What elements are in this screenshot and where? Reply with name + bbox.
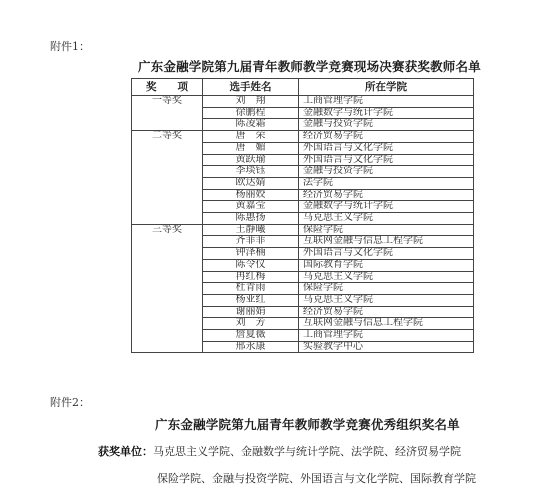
teacher-name-cell: 杜青雨 (203, 283, 299, 295)
teacher-name-cell: 陈惠扬 (203, 213, 299, 225)
college-cell: 马克思主义学院 (299, 271, 474, 283)
attachment-2-label: 附件2： (50, 394, 90, 410)
teacher-name-cell: 冉红梅 (203, 271, 299, 283)
award-units-list-1: 马克思主义学院、金融数学与统计学院、法学院、经济贸易学院 (153, 445, 461, 458)
teacher-name-cell: 刘 芳 (203, 318, 299, 330)
attachment-1-label: 附件1： (50, 38, 90, 54)
award-units-line-2: 保险学院、金融与投资学院、外国语言与文化学院、国际教育学院 (157, 470, 476, 486)
teacher-name-cell: 李琰钰 (203, 166, 299, 178)
college-cell: 国际教育学院 (299, 259, 474, 271)
college-cell: 保险学院 (299, 224, 474, 236)
college-cell: 外国语言与文化学院 (299, 248, 474, 260)
table-header-row: 奖 项 选手姓名 所在学院 (132, 79, 474, 96)
teacher-name-cell: 刘 翔 (203, 96, 299, 108)
college-cell: 实验教学中心 (299, 341, 474, 353)
teacher-name-cell: 黄跃瑜 (203, 154, 299, 166)
teacher-name-cell: 黄嘉莹 (203, 201, 299, 213)
teacher-name-cell: 陈令仪 (203, 259, 299, 271)
teacher-name-cell: 杨亚红 (203, 294, 299, 306)
teacher-name-cell: 詹夏薇 (203, 330, 299, 342)
table-row: 三等奖王静曦保险学院 (132, 224, 474, 236)
attachment-2-title: 广东金融学院第九届青年教师教学竞赛优秀组织奖名单 (155, 415, 460, 433)
college-cell: 金融数学与统计学院 (299, 107, 474, 119)
college-cell: 马克思主义学院 (299, 294, 474, 306)
college-cell: 保险学院 (299, 283, 474, 295)
teacher-name-cell: 陈凌霜 (203, 119, 299, 131)
college-cell: 外国语言与文化学院 (299, 142, 474, 154)
header-name: 选手姓名 (203, 79, 299, 96)
college-cell: 金融数学与统计学院 (299, 201, 474, 213)
teacher-name-cell: 唐 媚 (203, 142, 299, 154)
award-level-cell: 二等奖 (132, 131, 203, 225)
teacher-name-cell: 唐 荣 (203, 131, 299, 143)
teacher-name-cell: 谢丽娟 (203, 306, 299, 318)
table-row: 一等奖刘 翔工商管理学院 (132, 96, 474, 108)
award-winners-table: 奖 项 选手姓名 所在学院 一等奖刘 翔工商管理学院徐鹏程金融数学与统计学院陈凌… (131, 78, 474, 353)
award-units-label: 获奖单位： (98, 445, 153, 458)
college-cell: 经济贸易学院 (299, 189, 474, 201)
teacher-name-cell: 齐菲菲 (203, 236, 299, 248)
college-cell: 互联网金融与信息工程学院 (299, 318, 474, 330)
award-level-cell: 一等奖 (132, 96, 203, 131)
teacher-name-cell: 王静曦 (203, 224, 299, 236)
teacher-name-cell: 徐鹏程 (203, 107, 299, 119)
teacher-name-cell: 邢永康 (203, 341, 299, 353)
college-cell: 经济贸易学院 (299, 131, 474, 143)
table-row: 二等奖唐 荣经济贸易学院 (132, 131, 474, 143)
teacher-name-cell: 杨丽姣 (203, 189, 299, 201)
teacher-name-cell: 钟泽楠 (203, 248, 299, 260)
award-level-cell: 三等奖 (132, 224, 203, 353)
award-units-list-2: 保险学院、金融与投资学院、外国语言与文化学院、国际教育学院 (157, 472, 476, 485)
header-award: 奖 项 (132, 79, 203, 96)
college-cell: 马克思主义学院 (299, 213, 474, 225)
college-cell: 工商管理学院 (299, 330, 474, 342)
header-college: 所在学院 (299, 79, 474, 96)
award-units-line-1: 获奖单位：马克思主义学院、金融数学与统计学院、法学院、经济贸易学院 (98, 443, 461, 459)
college-cell: 经济贸易学院 (299, 306, 474, 318)
college-cell: 外国语言与文化学院 (299, 154, 474, 166)
attachment-1-title: 广东金融学院第九届青年教师教学竞赛现场决赛获奖教师名单 (138, 57, 481, 75)
college-cell: 金融与投资学院 (299, 119, 474, 131)
college-cell: 法学院 (299, 177, 474, 189)
table-body: 一等奖刘 翔工商管理学院徐鹏程金融数学与统计学院陈凌霜金融与投资学院二等奖唐 荣… (132, 96, 474, 353)
teacher-name-cell: 欧达婧 (203, 177, 299, 189)
college-cell: 互联网金融与信息工程学院 (299, 236, 474, 248)
college-cell: 工商管理学院 (299, 96, 474, 108)
college-cell: 金融与投资学院 (299, 166, 474, 178)
